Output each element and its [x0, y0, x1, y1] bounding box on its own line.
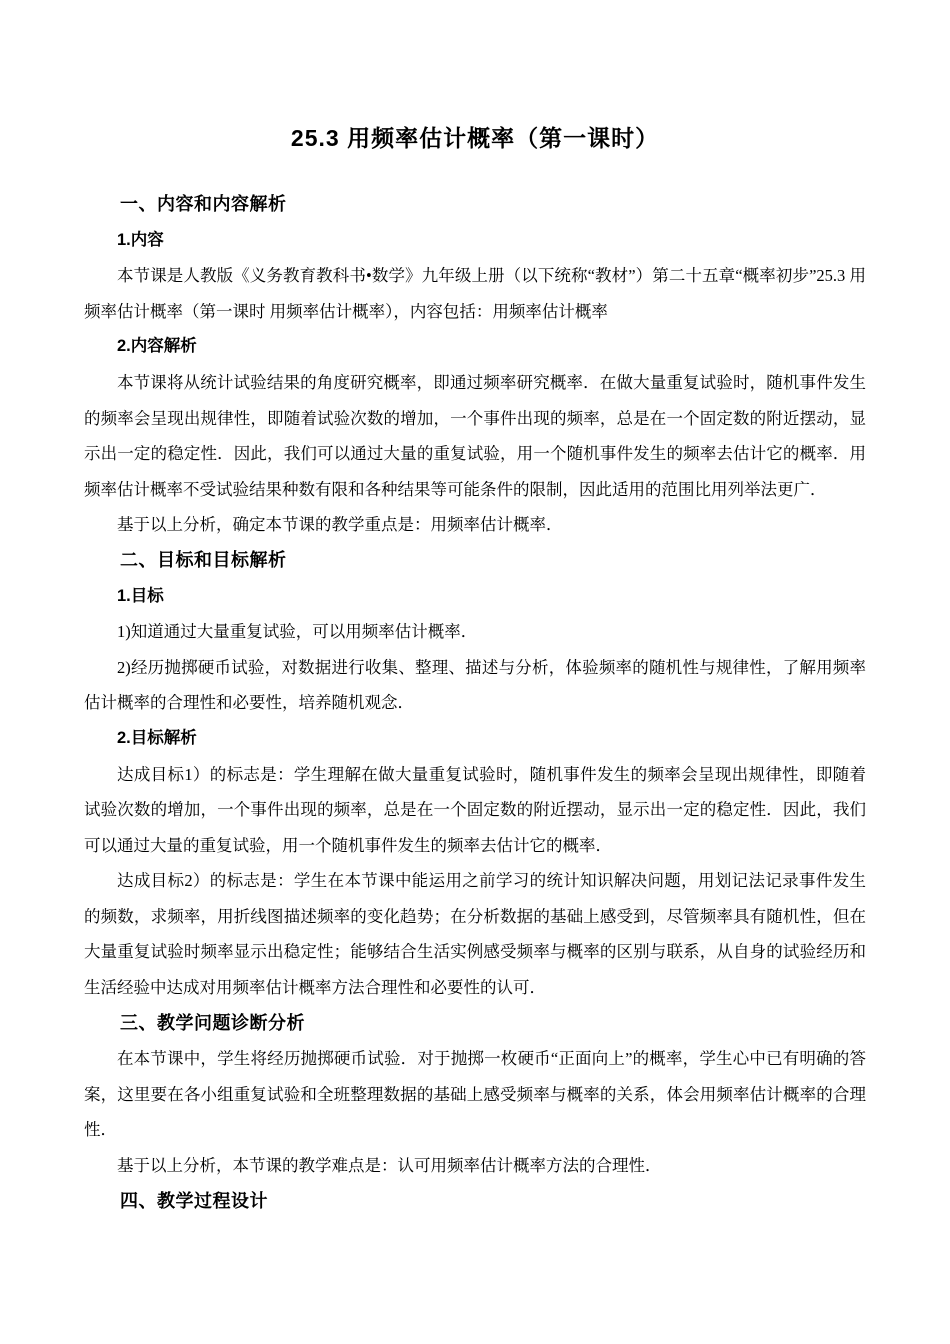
sub-heading-goals: 1.目标	[84, 579, 866, 615]
paragraph-problem-diagnosis: 在本节课中，学生将经历抛掷硬币试验．对于抛掷一枚硬币“正面向上”的概率，学生心中…	[84, 1041, 866, 1148]
paragraph-goal-1-criteria: 达成目标1）的标志是：学生理解在做大量重复试验时，随机事件发生的频率会呈现出规律…	[84, 757, 866, 864]
section-heading-teaching-process: 四、教学过程设计	[84, 1184, 866, 1220]
paragraph-content-source: 本节课是人教版《义务教育教科书•数学》九年级上册（以下统称“教材”）第二十五章“…	[84, 258, 866, 329]
document-title: 25.3 用频率估计概率（第一课时）	[84, 116, 866, 160]
paragraph-goal-2-criteria: 达成目标2）的标志是：学生在本节课中能运用之前学习的统计知识解决问题，用划记法记…	[84, 863, 866, 1005]
section-heading-problem-diagnosis: 三、教学问题诊断分析	[84, 1006, 866, 1042]
paragraph-goal-2: 2)经历抛掷硬币试验，对数据进行收集、整理、描述与分析，体验频率的随机性与规律性…	[84, 650, 866, 721]
section-heading-goals: 二、目标和目标解析	[84, 543, 866, 579]
paragraph-content-analysis: 本节课将从统计试验结果的角度研究概率，即通过频率研究概率．在做大量重复试验时，随…	[84, 365, 866, 507]
document-content: 25.3 用频率估计概率（第一课时） 一、内容和内容解析 1.内容 本节课是人教…	[0, 0, 950, 1219]
paragraph-goal-1: 1)知道通过大量重复试验，可以用频率估计概率．	[84, 614, 866, 650]
section-heading-content-analysis: 一、内容和内容解析	[84, 187, 866, 223]
paragraph-teaching-key-point: 基于以上分析，确定本节课的教学重点是：用频率估计概率．	[84, 507, 866, 543]
sub-heading-content: 1.内容	[84, 223, 866, 259]
paragraph-teaching-difficulty: 基于以上分析，本节课的教学难点是：认可用频率估计概率方法的合理性．	[84, 1148, 866, 1184]
sub-heading-content-analysis: 2.内容解析	[84, 329, 866, 365]
sub-heading-goal-analysis: 2.目标解析	[84, 721, 866, 757]
document-page: 25.3 用频率估计概率（第一课时） 一、内容和内容解析 1.内容 本节课是人教…	[0, 0, 950, 1344]
